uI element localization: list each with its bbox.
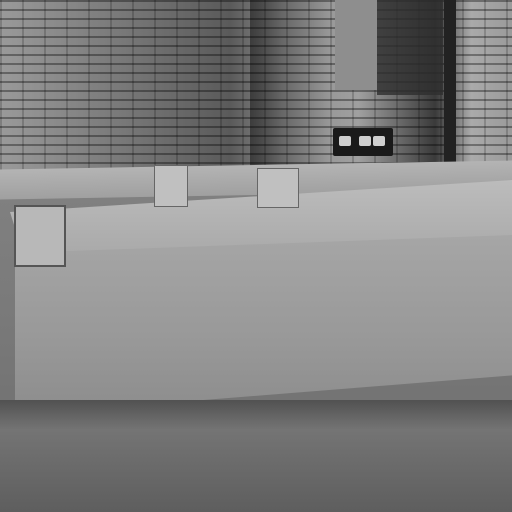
device-knob xyxy=(359,136,371,146)
photo-scene xyxy=(0,0,512,512)
box-corner xyxy=(14,205,66,267)
device-knob xyxy=(373,136,385,146)
box-tab xyxy=(257,168,299,208)
wall-pillar xyxy=(335,0,377,90)
box-tab xyxy=(154,165,188,207)
wall-shadow xyxy=(250,0,330,190)
wall-device xyxy=(333,128,393,156)
box-front-face xyxy=(15,235,512,415)
device-knob xyxy=(339,136,351,146)
dark-wall-panel xyxy=(377,0,443,95)
wall-corner-edge xyxy=(444,0,456,185)
floor-shadow xyxy=(0,400,512,430)
